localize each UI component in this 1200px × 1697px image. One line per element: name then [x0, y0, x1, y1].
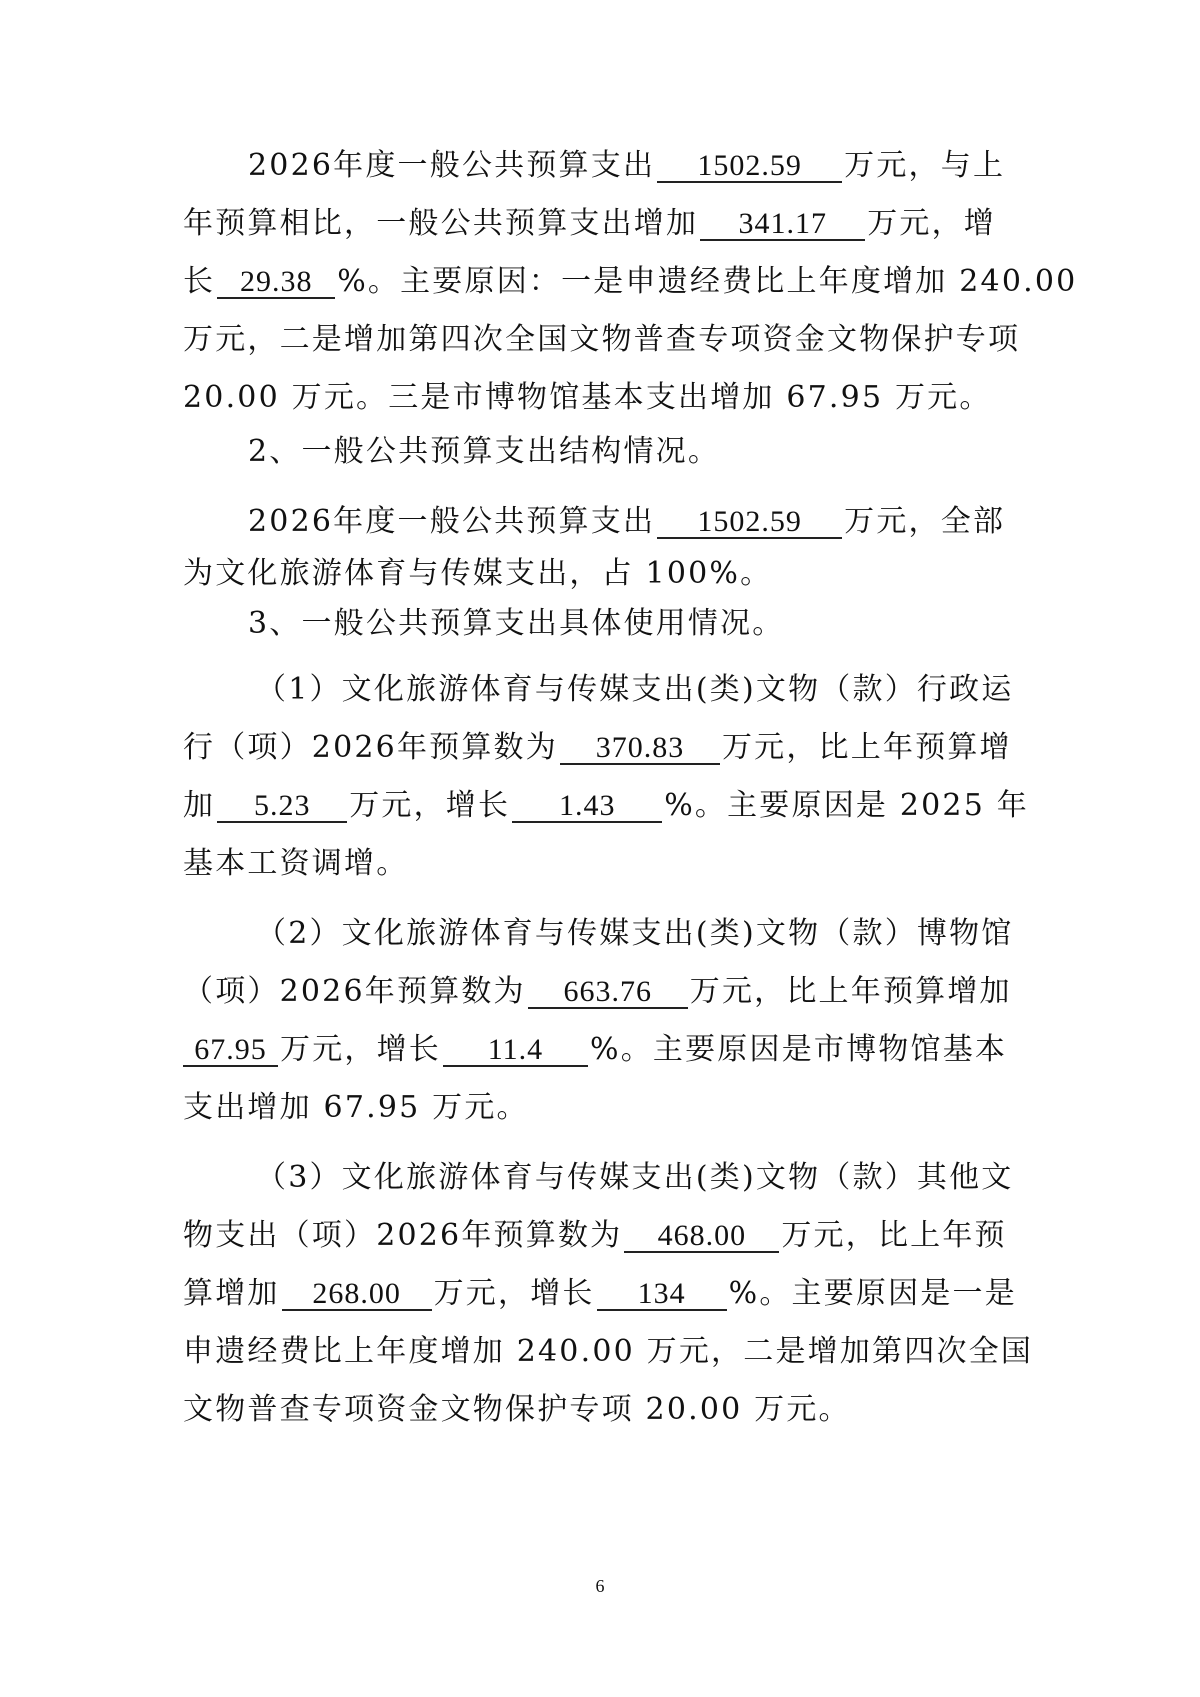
text: %。主要原因：一是申遗经费比上年度增加 240.00 — [337, 264, 1077, 299]
p1-line-2: 年预算相比，一般公共预算支出增加341.17万元，增 — [183, 204, 1023, 244]
text: 万元，增长 — [349, 788, 510, 823]
item3-line-2: 物支出（项）2026年预算数为468.00万元，比上年预 — [183, 1216, 1023, 1256]
text: %。主要原因是 2025 年 — [664, 788, 1029, 823]
item2-line-4: 支出增加 67.95 万元。 — [183, 1088, 1023, 1128]
item1-line-2: 行（项）2026年预算数为370.83万元，比上年预算增 — [183, 728, 1023, 768]
item3-line-1: （3）文化旅游体育与传媒支出(类)文物（款）其他文 — [256, 1158, 1096, 1198]
item1-line-1: （1）文化旅游体育与传媒支出(类)文物（款）行政运 — [256, 670, 1096, 710]
text: 万元，增长 — [280, 1032, 441, 1067]
text: 万元，二是增加第四次全国文物普查专项资金文物保护专项 — [183, 322, 1020, 357]
text: 加 — [183, 788, 215, 823]
text: 年预算相比，一般公共预算支出增加 — [183, 206, 698, 241]
p1-line-4: 万元，二是增加第四次全国文物普查专项资金文物保护专项 — [183, 320, 1023, 360]
text: 2026年度一般公共预算支出 — [248, 148, 655, 183]
text: 物支出（项）2026年预算数为 — [183, 1218, 622, 1253]
text: 万元，增长 — [434, 1276, 595, 1311]
text: 文物普查专项资金文物保护专项 20.00 万元。 — [183, 1392, 851, 1427]
document-page: 2026年度一般公共预算支出1502.59万元，与上 年预算相比，一般公共预算支… — [0, 0, 1200, 1697]
admin-increase-value: 5.23 — [217, 791, 347, 823]
admin-growth-value: 1.43 — [512, 791, 662, 823]
p2-line-2: 为文化旅游体育与传媒支出，占 100%。 — [183, 554, 1023, 594]
text: 20.00 万元。三是市博物馆基本支出增加 67.95 万元。 — [183, 380, 992, 415]
text: 2026年度一般公共预算支出 — [248, 504, 655, 539]
item2-line-2: （项）2026年预算数为663.76万元，比上年预算增加 — [183, 972, 1023, 1012]
p1-line-3: 长29.38%。主要原因：一是申遗经费比上年度增加 240.00 — [183, 262, 1023, 302]
item2-line-3: 67.95万元，增长11.4%。主要原因是市博物馆基本 — [183, 1030, 1023, 1070]
p1-line-1: 2026年度一般公共预算支出1502.59万元，与上 — [248, 146, 1088, 186]
heading-text: 2、一般公共预算支出结构情况。 — [248, 434, 720, 469]
text: （项）2026年预算数为 — [183, 974, 526, 1009]
p1-line-5: 20.00 万元。三是市博物馆基本支出增加 67.95 万元。 — [183, 378, 1023, 418]
museum-budget-value: 663.76 — [528, 977, 688, 1009]
admin-budget-value: 370.83 — [560, 733, 720, 765]
other-growth-value: 134 — [597, 1279, 727, 1311]
section-heading-2: 2、一般公共预算支出结构情况。 — [248, 432, 1088, 472]
section-heading-3: 3、一般公共预算支出具体使用情况。 — [248, 604, 1088, 644]
museum-increase-value: 67.95 — [183, 1035, 278, 1067]
text: 支出增加 67.95 万元。 — [183, 1090, 529, 1125]
item3-line-5: 文物普查专项资金文物保护专项 20.00 万元。 — [183, 1390, 1023, 1430]
text: （2）文化旅游体育与传媒支出(类)文物（款）博物馆 — [256, 916, 1014, 951]
text: （1）文化旅游体育与传媒支出(类)文物（款）行政运 — [256, 672, 1014, 707]
item1-line-3: 加5.23万元，增长1.43%。主要原因是 2025 年 — [183, 786, 1023, 826]
item2-line-1: （2）文化旅游体育与传媒支出(类)文物（款）博物馆 — [256, 914, 1096, 954]
text: 万元，与上 — [844, 148, 1005, 183]
increase-value: 341.17 — [700, 209, 865, 241]
text: 长 — [183, 264, 215, 299]
item1-line-4: 基本工资调增。 — [183, 844, 1023, 884]
text: 万元，比上年预算增 — [722, 730, 1012, 765]
text: 算增加 — [183, 1276, 280, 1311]
text: （3）文化旅游体育与传媒支出(类)文物（款）其他文 — [256, 1160, 1014, 1195]
text: 万元，比上年预算增加 — [690, 974, 1012, 1009]
text: 行（项）2026年预算数为 — [183, 730, 558, 765]
text: 为文化旅游体育与传媒支出，占 100%。 — [183, 556, 772, 591]
text: 万元，增 — [867, 206, 996, 241]
museum-growth-value: 11.4 — [443, 1035, 588, 1067]
total-expenditure-value: 1502.59 — [657, 151, 842, 183]
text: 申遗经费比上年度增加 240.00 万元，二是增加第四次全国 — [183, 1334, 1033, 1369]
p2-line-1: 2026年度一般公共预算支出1502.59万元，全部 — [248, 502, 1088, 542]
total-expenditure-value: 1502.59 — [657, 507, 842, 539]
text: 基本工资调增。 — [183, 846, 408, 881]
text: 万元，全部 — [844, 504, 1005, 539]
growth-rate-value: 29.38 — [217, 267, 335, 299]
text: 万元，比上年预 — [781, 1218, 1006, 1253]
other-budget-value: 468.00 — [624, 1221, 779, 1253]
other-increase-value: 268.00 — [282, 1279, 432, 1311]
page-number: 6 — [0, 1576, 1200, 1597]
text: %。主要原因是市博物馆基本 — [590, 1032, 1007, 1067]
heading-text: 3、一般公共预算支出具体使用情况。 — [248, 606, 785, 641]
text: %。主要原因是一是 — [729, 1276, 1017, 1311]
item3-line-3: 算增加268.00万元，增长134%。主要原因是一是 — [183, 1274, 1023, 1314]
item3-line-4: 申遗经费比上年度增加 240.00 万元，二是增加第四次全国 — [183, 1332, 1023, 1372]
